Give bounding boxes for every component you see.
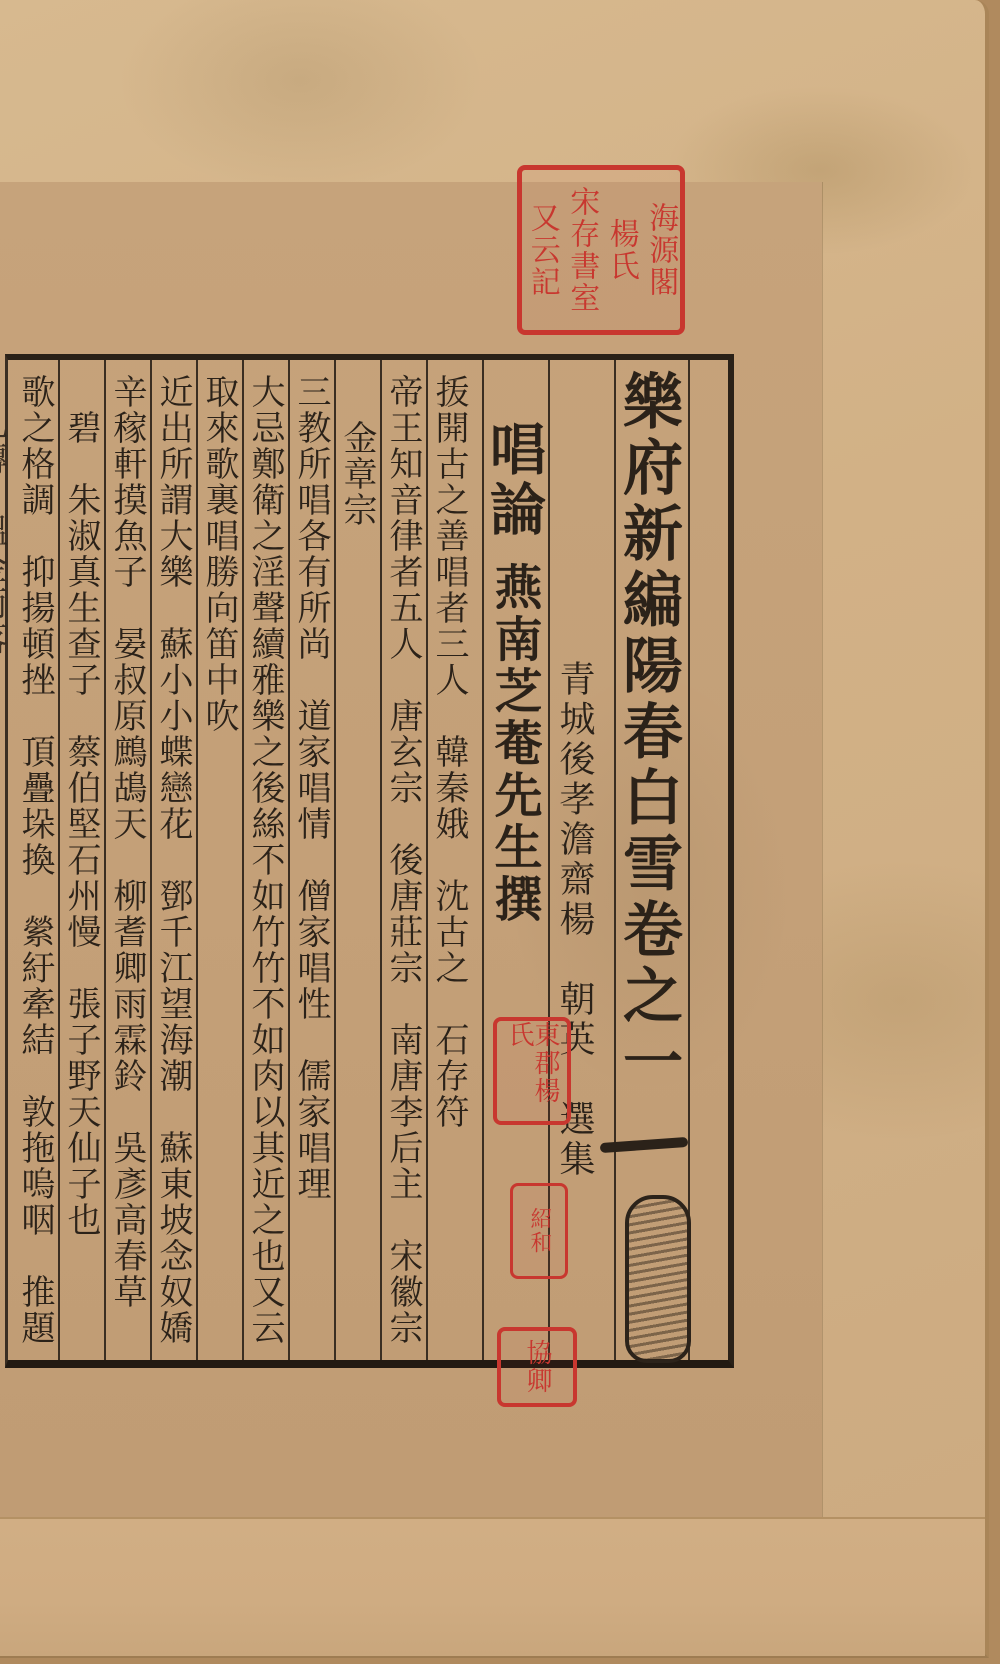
seal-text: 紹和 xyxy=(528,1207,550,1255)
column-rule xyxy=(288,360,290,1360)
column-rule xyxy=(334,360,336,1360)
text-column-10: 歌之格調 抑揚頓挫 頂疊垛換 縈紆牽結 敦拖嗚咽 推題 xyxy=(18,374,52,1346)
book-title: 樂府新編陽春白雪卷之一 xyxy=(618,370,678,1096)
chapter-heading-text: 唱論 xyxy=(481,420,547,540)
text-column-5: 大忌鄭衛之淫聲續雅樂之後絲不如竹竹不如肉以其近之也又云 xyxy=(248,374,282,1346)
seal-column: 又云記 xyxy=(527,202,557,298)
seal-column: 楊氏 xyxy=(606,218,636,282)
text-column-7: 近出所謂大樂 蘇小小蝶戀花 鄧千江望海潮 蘇東坡念奴嬌 xyxy=(156,374,190,1346)
text-column-6: 取來歌裏唱勝向笛中吹 xyxy=(202,374,236,734)
chapter-heading: 唱論燕南芝菴先生撰 xyxy=(486,420,542,926)
column-rule xyxy=(58,360,60,1360)
seal-column: 海源閣 xyxy=(645,202,675,298)
text-column-4: 三教所唱各有所尚 道家唱情 僧家唱性 儒家唱理 xyxy=(294,374,328,1202)
red-seal-1: 東郡楊氏 xyxy=(493,1017,571,1125)
text-column-2: 帝王知音律者五人 唐玄宗 後唐莊宗 南唐李后主 宋徽宗 xyxy=(386,374,420,1346)
author-line: 燕南芝菴先生撰 xyxy=(486,562,542,926)
text-column-11: 丸轉 搵金而落 xyxy=(0,405,4,657)
collector-seal-top: 海源閣 楊氏 宋存書室 又云記 xyxy=(517,165,685,335)
column-rule xyxy=(104,360,106,1360)
text-column-8: 辛稼軒摸魚子 晏叔原鷓鴣天 柳耆卿雨霖鈴 吳彥高春草 xyxy=(110,374,144,1310)
column-rule xyxy=(380,360,382,1360)
text-column-1: 㧞開古之善唱者三人 韓秦娥 沈古之 石存符 xyxy=(432,374,466,1130)
seal-text: 協卿 xyxy=(524,1339,550,1395)
book-page: 海源閣 楊氏 宋存書室 又云記 樂府新編陽春白雪卷之一 青城後孝澹齋楊 朝英 選… xyxy=(0,0,989,1658)
red-seal-3: 協卿 xyxy=(497,1327,577,1407)
text-column-9: 碧 朱淑真生查子 蔡伯堅石州慢 張子野天仙子也 xyxy=(64,410,98,1238)
column-rule xyxy=(426,360,428,1360)
red-seal-2: 紹和 xyxy=(510,1183,568,1279)
seal-column: 宋存書室 xyxy=(566,186,596,314)
woodblock-print-frame: 樂府新編陽春白雪卷之一 青城後孝澹齋楊 朝英 選集 唱論燕南芝菴先生撰 㧞開古之… xyxy=(5,354,734,1368)
black-ink-seal xyxy=(625,1195,691,1363)
seal-text: 東郡楊氏 xyxy=(506,1021,558,1121)
column-rule xyxy=(196,360,198,1360)
text-column-3: 金章宗 xyxy=(340,420,374,528)
column-rule xyxy=(150,360,152,1360)
column-rule xyxy=(242,360,244,1360)
bottom-paper-strip xyxy=(0,1517,985,1656)
